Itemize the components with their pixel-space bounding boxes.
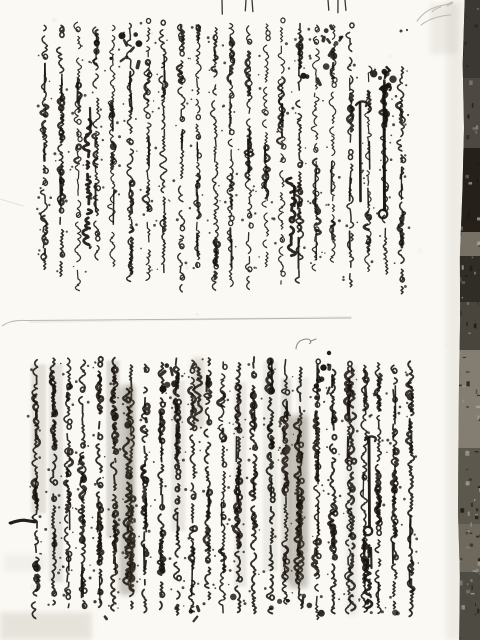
ink-dot [327,351,331,355]
ink-bleed-smear [119,385,135,595]
ink-bleed-smear [348,365,357,615]
manuscript-scan [0,0,480,640]
ink-bleed-smear [288,415,308,588]
ink-bleed-smear [192,358,204,428]
manuscript-page: Black-and-white scan of an Arabic manusc… [0,0,480,640]
